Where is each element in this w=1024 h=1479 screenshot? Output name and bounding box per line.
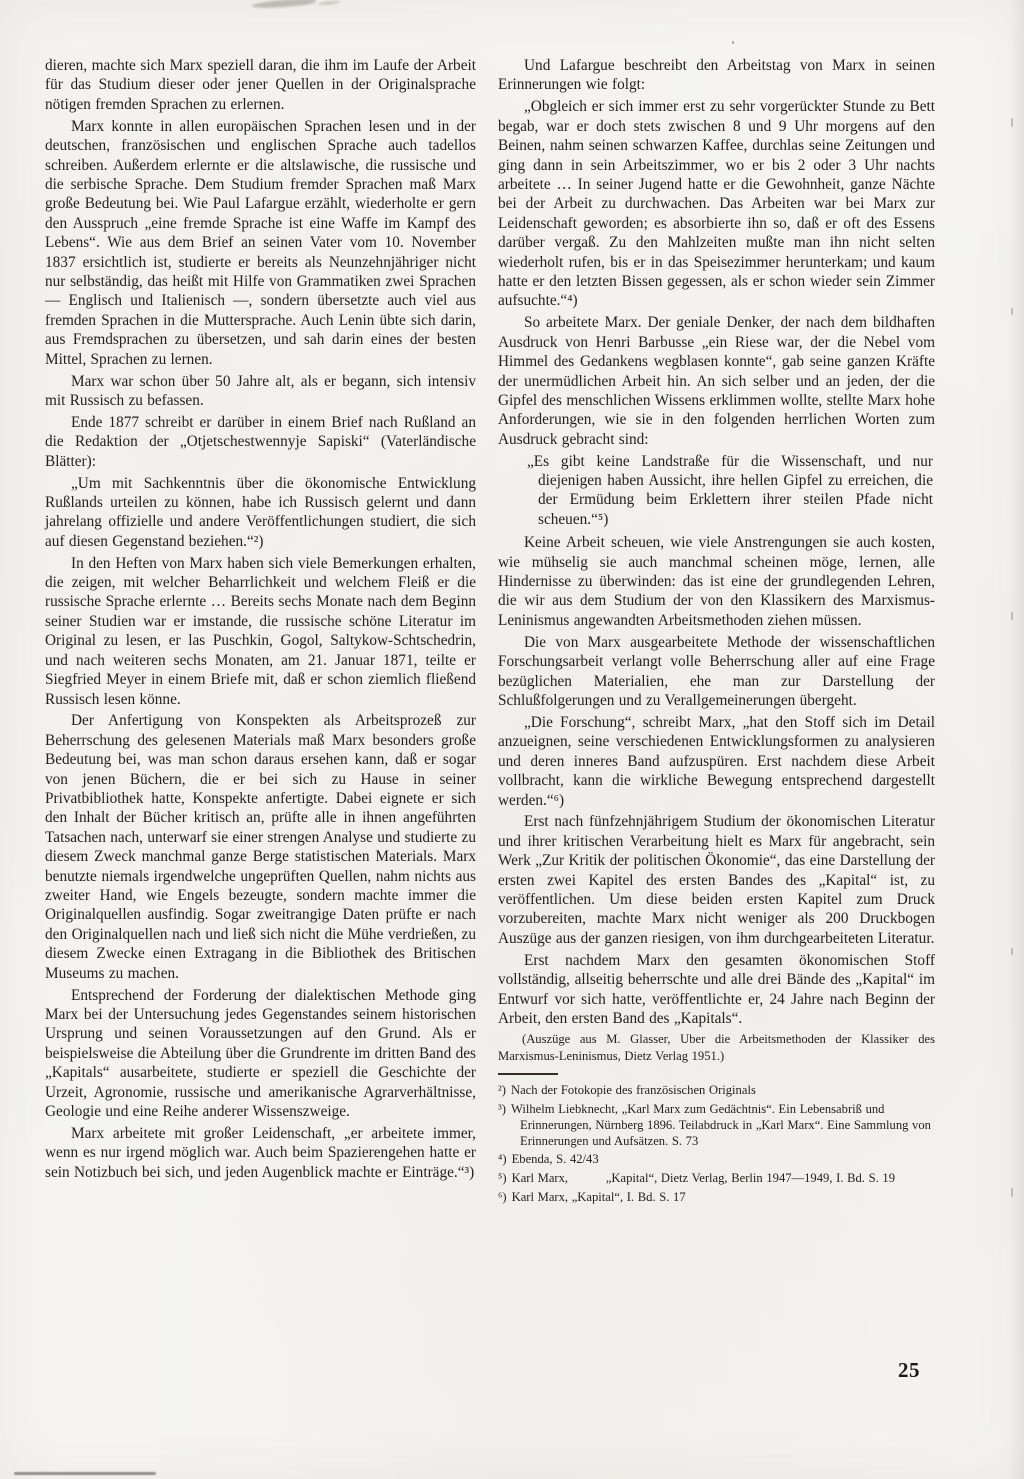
body-paragraph: Marx arbeitete mit großer Leidenschaft, … (45, 1124, 476, 1182)
body-paragraph: Keine Arbeit scheuen, wie viele Anstreng… (498, 533, 935, 630)
footnote-text: Ebenda, S. 42/43 (512, 1152, 599, 1166)
body-paragraph: Erst nach fünfzehnjährigem Studium der ö… (498, 812, 935, 948)
scanned-book-page: dieren, machte sich Marx speziell daran,… (0, 0, 1024, 1479)
footnote: ³)Wilhelm Liebknecht, „Karl Marx zum Ged… (498, 1102, 935, 1150)
footnote-marker: ⁴) (498, 1152, 512, 1166)
block-quote: „Es gibt keine Landstraße für die Wissen… (538, 452, 933, 530)
scan-smudge (252, 0, 316, 9)
footnote: ⁵)Karl Marx, „Kapital“, Dietz Verlag, Be… (498, 1171, 935, 1187)
body-paragraph: Die von Marx ausgearbeitete Methode der … (498, 633, 935, 711)
quotation-paragraph: „Um mit Sachkenntnis über die ökonomisch… (45, 474, 476, 552)
quotation-paragraph: „Die Forschung“, schreibt Marx, „hat den… (498, 713, 935, 810)
quotation-paragraph: „Obgleich er sich immer erst zu sehr vor… (498, 97, 935, 310)
footnote-marker: ⁶) (498, 1190, 512, 1204)
body-paragraph: In den Heften von Marx haben sich viele … (45, 554, 476, 709)
scan-mark (1011, 1188, 1013, 1197)
left-column: dieren, machte sich Marx speziell daran,… (45, 56, 476, 1185)
scan-smudge (318, 0, 340, 6)
scan-streak (14, 1472, 156, 1475)
source-attribution: (Auszüge aus M. Glasser, Uber die Arbeit… (498, 1031, 935, 1063)
body-paragraph: Und Lafargue beschreibt den Arbeitstag v… (498, 56, 935, 95)
body-paragraph: Marx konnte in allen europäischen Sprach… (45, 117, 476, 369)
page-edge-shadow (1008, 0, 1024, 1479)
body-paragraph: So arbeitete Marx. Der geniale Denker, d… (498, 313, 935, 449)
footnote-marker: ⁵) (498, 1171, 512, 1185)
body-paragraph: Ende 1877 schreibt er darüber in einem B… (45, 413, 476, 471)
body-paragraph: Der Anfertigung von Konspekten als Arbei… (45, 711, 476, 983)
scan-speck (732, 41, 734, 44)
scan-mark (1011, 948, 1013, 955)
footnote-marker: ³) (498, 1102, 511, 1116)
scan-mark (1011, 308, 1013, 315)
scan-mark (1011, 612, 1013, 620)
footnote: ⁶)Karl Marx, „Kapital“, I. Bd. S. 17 (498, 1190, 935, 1206)
body-paragraph: Entsprechend der Forderung der dialektis… (45, 986, 476, 1122)
footnotes-block: ²)Nach der Fotokopie des französischen O… (498, 1083, 935, 1206)
footnote: ²)Nach der Fotokopie des französischen O… (498, 1083, 935, 1099)
page-number: 25 (898, 1358, 920, 1383)
scan-mark (1011, 118, 1013, 127)
footnote-marker: ²) (498, 1083, 511, 1097)
footnote-text: Wilhelm Liebknecht, „Karl Marx zum Gedäc… (511, 1102, 931, 1148)
footnote-text: Karl Marx, „Kapital“, Dietz Verlag, Berl… (512, 1171, 895, 1185)
footnote-separator (498, 1073, 558, 1075)
body-paragraph: dieren, machte sich Marx speziell daran,… (45, 56, 476, 114)
footnote: ⁴)Ebenda, S. 42/43 (498, 1152, 935, 1168)
body-paragraph: Marx war schon über 50 Jahre alt, als er… (45, 372, 476, 411)
right-column: Und Lafargue beschreibt den Arbeitstag v… (498, 56, 935, 1209)
body-paragraph: Erst nachdem Marx den gesamten ökonomisc… (498, 951, 935, 1029)
footnote-text: Karl Marx, „Kapital“, I. Bd. S. 17 (512, 1190, 686, 1204)
footnote-text: Nach der Fotokopie des französischen Ori… (511, 1083, 756, 1097)
